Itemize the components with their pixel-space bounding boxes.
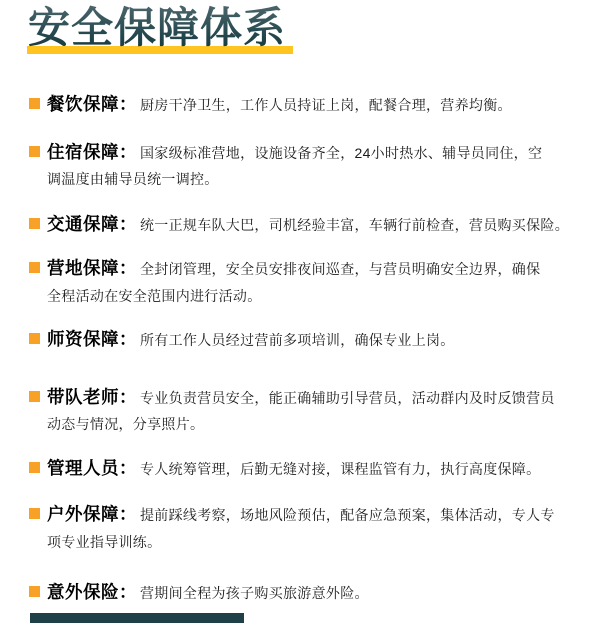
item-desc: 国家级标准营地，设施设备齐全，24小时热水、辅导员同住，空 <box>140 145 542 161</box>
item-label: 户外保障： <box>47 504 137 524</box>
list-item-outdoor: 户外保障：提前踩线考察，场地风险预估，配备应急预案，集体活动，专人专项专业指导训… <box>47 501 570 555</box>
item-desc-line2: 调温度由辅导员统一调控。 <box>47 166 570 193</box>
square-bullet-icon <box>29 333 40 344</box>
square-bullet-icon <box>29 146 40 157</box>
list-item-team-leader: 带队老师：专业负责营员安全，能正确辅助引导营员，活动群内及时反馈营员动态与情况，… <box>47 384 570 438</box>
square-bullet-icon <box>29 391 40 402</box>
list-item-transport: 交通保障：统一正规车队大巴，司机经验丰富，车辆行前检查，营员购买保险。 <box>47 211 570 239</box>
item-desc: 所有工作人员经过营前多项培训，确保专业上岗。 <box>140 332 455 348</box>
item-desc: 统一正规车队大巴，司机经验丰富，车辆行前检查，营员购买保险。 <box>140 217 569 233</box>
list-item-accommodation: 住宿保障：国家级标准营地，设施设备齐全，24小时热水、辅导员同住，空调温度由辅导… <box>47 139 570 193</box>
square-bullet-icon <box>29 98 40 109</box>
item-label: 意外保险： <box>47 582 137 602</box>
list-item-catering: 餐饮保障：厨房干净卫生，工作人员持证上岗，配餐合理，营养均衡。 <box>47 91 570 119</box>
square-bullet-icon <box>29 218 40 229</box>
safety-item-list: 餐饮保障：厨房干净卫生，工作人员持证上岗，配餐合理，营养均衡。 住宿保障：国家级… <box>47 91 570 607</box>
item-label: 师资保障： <box>47 329 137 349</box>
item-desc: 专业负责营员安全，能正确辅助引导营员，活动群内及时反馈营员 <box>140 390 555 406</box>
item-desc: 厨房干净卫生，工作人员持证上岗，配餐合理，营养均衡。 <box>140 97 512 113</box>
square-bullet-icon <box>29 508 40 519</box>
square-bullet-icon <box>29 262 40 273</box>
item-desc-line2: 动态与情况，分享照片。 <box>47 411 570 438</box>
item-desc-line2: 项专业指导训练。 <box>47 529 570 556</box>
square-bullet-icon <box>29 586 40 597</box>
item-label: 管理人员： <box>47 458 137 478</box>
item-desc: 专人统筹管理，后勤无缝对接，课程监管有力，执行高度保障。 <box>140 461 540 477</box>
item-label: 交通保障： <box>47 214 137 234</box>
item-desc-line2: 全程活动在安全范围内进行活动。 <box>47 283 570 310</box>
item-label: 带队老师： <box>47 387 137 407</box>
bottom-decoration-bar <box>30 613 244 623</box>
page-title: 安全保障体系 <box>28 5 286 50</box>
list-item-management: 管理人员：专人统筹管理，后勤无缝对接，课程监管有力，执行高度保障。 <box>47 455 570 483</box>
item-desc: 营期间全程为孩子购买旅游意外险。 <box>140 585 369 601</box>
square-bullet-icon <box>29 462 40 473</box>
item-label: 住宿保障： <box>47 142 137 162</box>
item-label: 营地保障： <box>47 258 137 278</box>
list-item-insurance: 意外保险：营期间全程为孩子购买旅游意外险。 <box>47 579 570 607</box>
item-desc: 全封闭管理，安全员安排夜间巡查，与营员明确安全边界，确保 <box>140 261 540 277</box>
item-label: 餐饮保障： <box>47 94 137 114</box>
item-desc: 提前踩线考察，场地风险预估，配备应急预案，集体活动，专人专 <box>140 507 555 523</box>
list-item-faculty: 师资保障：所有工作人员经过营前多项培训，确保专业上岗。 <box>47 326 570 354</box>
list-item-campsite: 营地保障：全封闭管理，安全员安排夜间巡查，与营员明确安全边界，确保全程活动在安全… <box>47 255 570 309</box>
header: 安全保障体系 <box>0 0 600 67</box>
